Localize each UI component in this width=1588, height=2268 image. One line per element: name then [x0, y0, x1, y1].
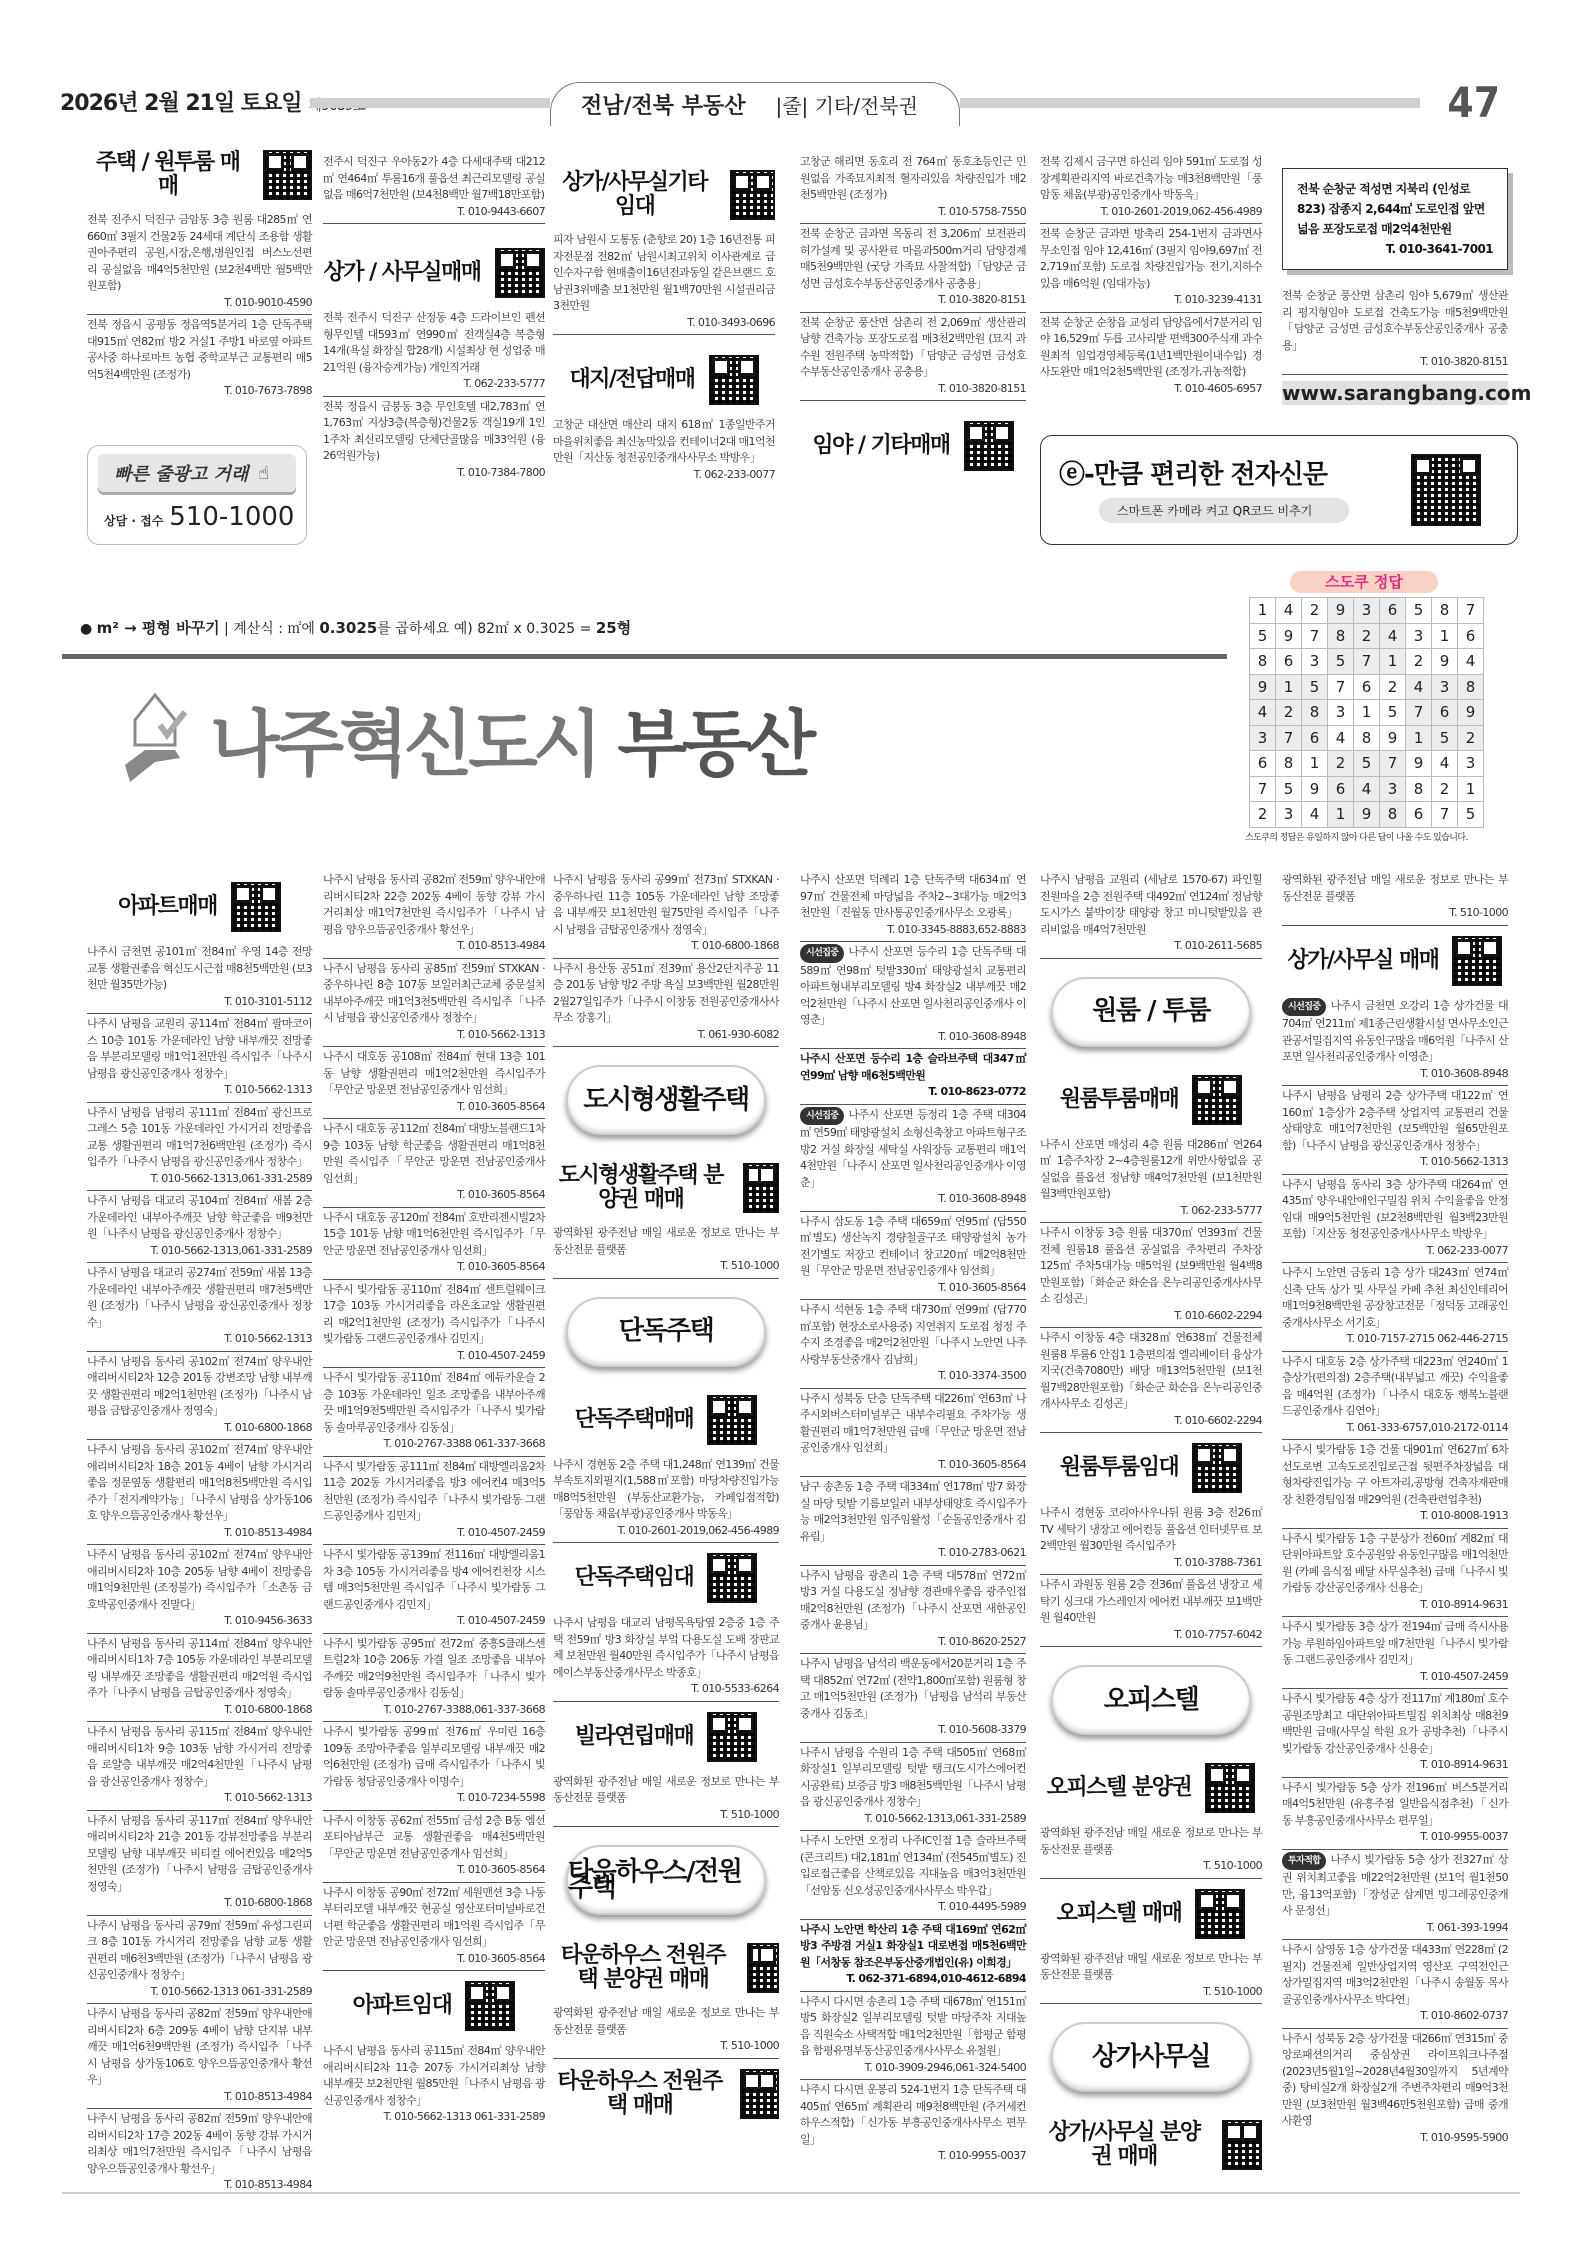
classified-ad: 나주시 남평읍 광촌리 1층 주택 대578㎡ 연72㎡ 방3 거실 다용도실 …: [800, 1566, 1026, 1655]
section-heading: 도시형생활주택 분양권 매매: [553, 1153, 779, 1223]
phone: T. 010-3101-5112: [87, 994, 312, 1011]
sudoku-cell: 2: [1302, 598, 1328, 624]
sudoku-cell: 7: [1458, 598, 1484, 624]
sudoku-cell: 1: [1354, 700, 1380, 726]
ad-text: 나주시 남평읍 광촌리 1층 주택 대578㎡ 연72㎡ 방3 거실 다용도실 …: [800, 1569, 1026, 1632]
ad-text: 나주시 대호동 공120㎡ 전84㎡ 호반리젠시빌2차 15층 101동 남향 …: [323, 1211, 545, 1257]
ad-text: 나주시 빛가람동 3층 상가 전194㎡ 급매 즉시사용가능 루원하임아파트앞 …: [1282, 1620, 1508, 1666]
ad-text: 나주시 산포면 덕례리 1층 단독주택 대634㎡ 연97㎡ 건물전체 마당넓음…: [800, 873, 1026, 919]
e-newspaper-banner[interactable]: ⓔ-만큼 편리한 전자신문 스마트폰 카메라 켜고 QR코드 비추기: [1040, 435, 1518, 545]
classified-ad: 나주시 남평읍 대교리 공274㎡ 전59㎡ 새봄 13층 가운데라인 내부아주…: [87, 1263, 312, 1352]
ad-text: 나주시 남평읍 동사리 공102㎡ 전74㎡ 양우내안애리버시티2차 10층 2…: [87, 1548, 312, 1611]
sudoku-cell: 8: [1406, 776, 1432, 802]
phone: T. 010-3605-8564: [323, 1951, 545, 1968]
section-heading-text: 상가/사무실 매매: [1288, 949, 1439, 973]
phone: T. 010-5608-3379: [800, 1722, 1026, 1739]
phone: T. 510-1000: [553, 2038, 779, 2055]
classified-ad: 나주시 성북동 2층 상가건물 대266㎡ 연315㎡ 중앙로패션의거리 중심상…: [1282, 2029, 1508, 2150]
classified-ad: 피자 남원시 도통동 (춘향로 20) 1층 16년전통 피자전문점 전82㎡ …: [553, 230, 775, 335]
section-heading-text: 타운하우스 전원주택 매매: [553, 2070, 726, 2118]
ad-text: 나주시 남평읍 동사리 공115㎡ 전84㎡ 양우내안애리버시티1차 9층 10…: [87, 1725, 312, 1788]
lower-column-2: 나주시 남평읍 동사리 공82㎡ 전59㎡ 양우내안애리버시티2차 22층 20…: [323, 870, 545, 2129]
top-column-6: 전북 순창군 적성면 지북리 (인성로 823) 잡종지 2,644㎡ 도로인접…: [1282, 168, 1508, 405]
sudoku-cell: 6: [1302, 725, 1328, 751]
phone: T. 010-8513-4984: [87, 2089, 312, 2106]
phone: T. 010-4507-2459: [323, 1348, 545, 1365]
sudoku-cell: 2: [1276, 700, 1302, 726]
classified-ad: 나주시 다시면 운봉리 524-1번지 1층 단독주택 대405㎡ 연65㎡ 계…: [800, 2080, 1026, 2168]
ad-text: 나주시 성북동 단층 단독주택 대226㎡ 연63㎡ 나주시외버스터미널부근 내…: [800, 1392, 1026, 1455]
classified-ad: 나주시 남평읍 남석리 백운동에서20분거리 1층 주택 대852㎡ 연72㎡ …: [800, 1654, 1026, 1743]
classified-ad: 시선집중나주시 산포면 등수리 1층 단독주택 대589㎡ 연98㎡ 텃밭330…: [800, 942, 1026, 1049]
ad-text: 나주시 용산동 공51㎡ 전39㎡ 용산2단지주공 11층 201동 남향 방2…: [553, 962, 779, 1025]
phone: T. 010-5662-1313: [1282, 1154, 1508, 1171]
qr-code-icon[interactable]: [964, 421, 1014, 471]
qr-code-icon[interactable]: [231, 882, 281, 932]
ad-text: 남구 송촌동 1층 주택 대334㎡ 연178㎡ 방7 화장실 마당 텃밭 기름…: [800, 1480, 1026, 1543]
qr-code-icon[interactable]: [730, 170, 775, 220]
ad-text: 나주시 이창동 공62㎡ 전55㎡ 금성 2층 B동 엠선포티아남부근 교통 생…: [323, 1814, 545, 1860]
ad-text: 나주시 빛가람동 4층 상가 전117㎡ 계180㎡ 호수공원조망최고 대단위아…: [1282, 1692, 1508, 1755]
ad-text: 나주시 삼영동 1층 상가건물 대433㎡ 연228㎡ (2필지) 건물전체 일…: [1282, 1943, 1508, 2006]
section-heading-text: 타운하우스 전원주택 분양권 매매: [553, 1944, 733, 1992]
area-conversion-note: ● m² → 평형 바꾸기 | 계산식 : ㎡에 0.3025를 곱하세요 예)…: [80, 617, 631, 638]
section-heading: 대지/전답매매: [553, 345, 775, 415]
qr-code-icon[interactable]: [709, 355, 759, 405]
sudoku-cell: 5: [1406, 598, 1432, 624]
phone: T. 010-2783-0621: [800, 1545, 1026, 1562]
qr-code-icon[interactable]: [1195, 1889, 1245, 1939]
sudoku-cell: 1: [1380, 649, 1406, 675]
ad-text: 나주시 이창동 공90㎡ 전72㎡ 세원맨션 3층 나동부터리모델 내부깨끗 현…: [323, 1886, 545, 1949]
qr-code-icon[interactable]: [707, 1553, 757, 1603]
sudoku-cell: 9: [1406, 751, 1432, 777]
phone: T. 010-7384-7800: [323, 465, 545, 482]
house-in-hand-icon: [125, 690, 195, 785]
phone: T. 010-4507-2459: [1282, 1669, 1508, 1686]
phone: T. 010-8620-2527: [800, 1634, 1026, 1651]
ad-text: 나주시 남평읍 대교리 공274㎡ 전59㎡ 새봄 13층 가운데라인 내부아주…: [87, 1266, 312, 1329]
sudoku-cell: 3: [1406, 623, 1432, 649]
lower-column-4: 나주시 산포면 덕례리 1층 단독주택 대634㎡ 연97㎡ 건물전체 마당넓음…: [800, 870, 1026, 2168]
section-heading: 상가/사무실기타임대: [553, 160, 775, 230]
sudoku-cell: 3: [1354, 598, 1380, 624]
qr-code-icon[interactable]: [263, 150, 313, 200]
classified-ad: 나주시 산포면 매성리 4층 원룸 대286㎡ 연264㎡ 1층주차장 2~4층…: [1040, 1135, 1262, 1224]
classified-ad: 고창군 해리면 동호리 전 764㎡ 동호초등인근 민원없음 가족묘지최적 혈자…: [800, 152, 1026, 224]
lower-column-6: 광역화된 광주전남 매일 새로운 정보로 만나는 부동산전문 플랫폼T. 510…: [1282, 870, 1508, 2149]
platform-promo: 광역화된 광주전남 매일 새로운 정보로 만나는 부동산전문 플랫폼T. 510…: [553, 2003, 779, 2059]
classified-ad: 시선집중나주시 금천면 오강리 1층 상가건물 대704㎡ 연211㎡ 제1종근…: [1282, 996, 1508, 1087]
classified-ad: 나주시 경현동 2층 주택 대1,248㎡ 연139㎡ 건물부속토지외필지(1,…: [553, 1455, 779, 1544]
phone: T. 062-233-5777: [323, 376, 545, 393]
ad-text: 나주시 남평읍 동사리 공82㎡ 전59㎡ 양우내안애리버시티2차 6층 209…: [87, 2007, 312, 2086]
classified-ad: 나주시 남평읍 남평리 2층 상가주택 대122㎡ 연160㎡ 1층상가 2층주…: [1282, 1086, 1508, 1175]
ad-text: 나주시 산포면 매성리 4층 원룸 대286㎡ 연264㎡ 1층주차장 2~4층…: [1040, 1138, 1262, 1201]
classified-ad: 나주시 이창동 공90㎡ 전72㎡ 세원맨션 3층 나동부터리모델 내부깨끗 현…: [323, 1883, 545, 1972]
classified-ad: 나주시 과원동 원룸 2층 전36㎡ 풀옵션 냉장고 세탁기 싱크대 가스레인지…: [1040, 1575, 1262, 1647]
section-heading: 아파트임대: [323, 1971, 545, 2041]
phone: T. 010-6602-2294: [1040, 1413, 1262, 1430]
ad-text: 나주시 남평읍 동사리 공82㎡ 전59㎡ 양우내안애리버시티2차 22층 20…: [323, 873, 545, 936]
sudoku-cell: 8: [1302, 700, 1328, 726]
category-pill[interactable]: 타운하우스/전원주택: [566, 1845, 766, 1915]
sudoku-cell: 6: [1458, 623, 1484, 649]
phone: T. 061-930-6082: [553, 1027, 779, 1044]
sudoku-cell: 4: [1432, 751, 1458, 777]
classified-ad: 나주시 빛가람동 4층 상가 전117㎡ 계180㎡ 호수공원조망최고 대단위아…: [1282, 1689, 1508, 1778]
section-heading-text: 단독주택임대: [575, 1566, 694, 1590]
qr-code-icon[interactable]: [1452, 936, 1502, 986]
section-title: 전남/전북 부동산: [581, 89, 745, 120]
sudoku-cell: 8: [1380, 802, 1406, 828]
phone: T. 010-5662-1313: [87, 1790, 312, 1807]
phone: T. 010-3605-8564: [323, 1259, 545, 1276]
phone: T. 010-3374-3500: [800, 1368, 1026, 1385]
phone: T. 010-7234-5598: [323, 1790, 545, 1807]
sudoku-cell: 1: [1276, 674, 1302, 700]
category-pill[interactable]: 도시형생활주택: [566, 1065, 766, 1135]
phone: T. 010-3239-4131: [1040, 292, 1262, 309]
sudoku-cell: 5: [1276, 776, 1302, 802]
section-heading-text: 오피스텔 분양권: [1047, 1776, 1191, 1800]
ad-text: 나주시 남평읍 동사리 공102㎡ 전74㎡ 양우내안애리버시티2차 18층 2…: [87, 1443, 312, 1522]
sudoku-cell: 9: [1328, 598, 1354, 624]
sudoku-cell: 6: [1276, 649, 1302, 675]
pointer-hand-icon: ☝: [258, 463, 269, 484]
classified-ad: 나주시 산포면 덕례리 1층 단독주택 대634㎡ 연97㎡ 건물전체 마당넓음…: [800, 870, 1026, 942]
ad-text: 나주시 대호동 공108㎡ 전84㎡ 현대 13층 101동 남향 생활권편리 …: [323, 1050, 545, 1096]
ad-text: 나주시 남평읍 교원리 공114㎡ 전84㎡ 팔마코이스 10층 101동 가운…: [87, 1017, 312, 1080]
phone: T. 010-9595-5900: [1282, 2130, 1508, 2147]
sudoku-cell: 7: [1328, 674, 1354, 700]
platform-promo: 광역화된 광주전남 매일 새로운 정보로 만나는 부동산전문 플랫폼T. 510…: [553, 1223, 779, 1279]
classified-ad: 나주시 남평읍 대교리 공104㎡ 전84㎡ 새봄 2층 가운데라인 내부아주깨…: [87, 1191, 312, 1263]
sudoku-cell: 3: [1380, 776, 1406, 802]
phone: T. 010-8513-4984: [87, 1525, 312, 1542]
phone: T. 010-2601-2019,062-456-4989: [1040, 204, 1262, 221]
attention-badge: 시선집중: [800, 944, 844, 963]
ad-text: 나주시 노안면 금동리 1층 상가 대243㎡ 연74㎡ 신축 단독 상가 및 …: [1282, 1266, 1508, 1329]
qr-code-icon[interactable]: [743, 1163, 779, 1213]
sudoku-cell: 1: [1302, 751, 1328, 777]
sudoku-cell: 9: [1380, 725, 1406, 751]
sudoku-grid: 1429365875978243168635712949157624384283…: [1249, 597, 1484, 828]
lower-column-1: 아파트매매나주시 금천면 공101㎡ 전84㎡ 우영 14층 전망 교통 생활권…: [87, 872, 312, 2197]
section-heading: 상가/사무실 매매: [1282, 926, 1508, 996]
ad-text: 나주시 남평읍 동사리 공85㎡ 전59㎡ STXKAN · 중우하나린 8층 …: [323, 962, 545, 1025]
phone: T. 010-5662-1313: [87, 1082, 312, 1099]
sudoku-cell: 2: [1250, 802, 1276, 828]
ad-text: 나주시 빛가람동 1층 건물 대901㎡ 연627㎡ 6차선도로변 고속도로진입…: [1282, 1443, 1508, 1506]
ad-text: 나주시 석현동 1층 주택 대730㎡ 연99㎡ (답770㎡포함) 현장소로사…: [800, 1303, 1026, 1366]
phone: T. 010-3820-8151: [800, 292, 1026, 309]
ad-text: 나주시 이창동 4층 대328㎡ 연638㎡ 건물전체 원룸8 투룸6 안집1 …: [1040, 1331, 1262, 1410]
phone: T. 010-8602-0737: [1282, 2008, 1508, 2025]
section-heading-text: 아파트임대: [353, 1994, 452, 2018]
section-heading-text: 오피스텔 매매: [1057, 1902, 1182, 1926]
classified-ad: 남구 송촌동 1층 주택 대334㎡ 연178㎡ 방7 화장실 마당 텃밭 기름…: [800, 1477, 1026, 1566]
sudoku-cell: 7: [1250, 776, 1276, 802]
sudoku-cell: 8: [1354, 725, 1380, 751]
phone: T. 010-9010-4590: [87, 295, 312, 312]
ad-text: 나주시 금천면 공101㎡ 전84㎡ 우영 14층 전망 교통 생활권좋음 혁신…: [87, 945, 312, 991]
sudoku-cell: 4: [1250, 700, 1276, 726]
ad-text: 나주시 노안면 학산리 1층 주택 대169㎡ 연62㎡ 방3 주방겸 거실1 …: [800, 1923, 1026, 1969]
qr-code-icon[interactable]: [1222, 2120, 1262, 2170]
ad-text: 나주시 경현동 코리아사우나뒤 원룸 3층 전26㎡ TV 세탁기 냉장고 에어…: [1040, 1506, 1262, 1552]
sudoku-cell: 4: [1276, 598, 1302, 624]
phone: T. 010-4507-2459: [323, 1525, 545, 1542]
qr-code-icon[interactable]: [1411, 454, 1481, 526]
qr-code-icon[interactable]: [747, 1943, 779, 1993]
phone: T. 010-3820-8151: [1282, 354, 1508, 371]
quick-ad-box[interactable]: 빠른 줄광고 거래☝ 상담 · 접수510-1000: [87, 445, 307, 545]
classified-ad: 전북 순창군 풍산면 삼촌리 전 2,069㎡ 생산관리 남향 건축가능 포장도…: [800, 313, 1026, 402]
ad-text: 나주시 남평읍 교원리 (세남로 1570-67) 파인힐 전원마을 2층 전원…: [1040, 873, 1262, 936]
classified-ad: 전북 순창군 순창읍 교성리 담양읍에서7분거리 임야 16,529㎡ 두릅 고…: [1040, 313, 1262, 401]
classified-ad: 나주시 남평읍 동사리 공114㎡ 전84㎡ 양우내안애리버시티1차 7층 10…: [87, 1634, 312, 1723]
sudoku-cell: 2: [1354, 623, 1380, 649]
featured-ad-box: 전북 순창군 적성면 지북리 (인성로 823) 잡종지 2,644㎡ 도로인접…: [1282, 168, 1508, 270]
section-heading: 임야 / 기타매매: [800, 411, 1026, 481]
sudoku-cell: 4: [1458, 649, 1484, 675]
classified-ad: 고창군 대산면 매산리 대지 618㎡ 1종일반주거 마을위치좋음 최신농막있음…: [553, 415, 775, 486]
phone: T. 010-3788-7361: [1040, 1555, 1262, 1572]
section-heading: 아파트매매: [87, 872, 312, 942]
quick-ad-button[interactable]: 빠른 줄광고 거래☝: [98, 454, 296, 492]
ad-text: 나주시 빛가람동 공110㎡ 전84㎡ 에듀카운슬 2층 103동 가운데라인 …: [323, 1371, 545, 1434]
classified-ad: 나주시 남평읍 동사리 공115㎡ 전84㎡ 양우내안애리버시티1차 9층 10…: [87, 1722, 312, 1811]
e-newspaper-subtitle: 스마트폰 카메라 켜고 QR코드 비추기: [1099, 498, 1349, 523]
ad-text: 나주시 빛가람동 공139㎡ 전116㎡ 대방엘리움1차 3층 105동 가시거…: [323, 1548, 545, 1611]
phone: T. 010-3493-0696: [553, 315, 775, 332]
phone: T. 010-4507-2459: [323, 1613, 545, 1630]
qr-code-icon[interactable]: [707, 1712, 757, 1762]
section-tab: 전남/전북 부동산|줄| 기타/전북권: [550, 82, 960, 126]
sudoku-cell: 1: [1458, 776, 1484, 802]
classified-ad: 나주시 빛가람동 공95㎡ 전72㎡ 중흥S클래스센트럴2차 10층 206동 …: [323, 1634, 545, 1723]
sudoku-cell: 6: [1328, 776, 1354, 802]
ad-text: 나주시 삼도동 1층 주택 대659㎡ 연95㎡ (답550㎡별도) 생산녹지 …: [800, 1215, 1026, 1278]
category-pill[interactable]: 상가사무실: [1051, 2022, 1251, 2092]
classified-ad: 나주시 남평읍 동사리 공82㎡ 전59㎡ 양우내안애리버시티2차 17층 20…: [87, 2109, 312, 2197]
sudoku-cell: 9: [1354, 802, 1380, 828]
qr-code-icon[interactable]: [1192, 1443, 1242, 1493]
website-link[interactable]: www.sarangbang.com: [1282, 381, 1508, 406]
ad-text: 나주시 성북동 2층 상가건물 대266㎡ 연315㎡ 중앙로패션의거리 중심상…: [1282, 2032, 1508, 2128]
qr-code-icon[interactable]: [1205, 1763, 1255, 1813]
sudoku-cell: 4: [1380, 623, 1406, 649]
section-heading: 오피스텔 분양권: [1040, 1753, 1262, 1823]
phone: T. 010-5662-1313 061-331-2589: [323, 2109, 545, 2126]
phone: T. 010-2767-3388,061-337-3668: [323, 1702, 545, 1719]
ad-text: 나주시 산포면 등수리 1층 슬라브주택 대347㎡ 연99㎡ 남향 매6천5백…: [800, 1052, 1026, 1082]
qr-code-icon[interactable]: [740, 2069, 779, 2119]
classified-ad: 나주시 노안면 학산리 1층 주택 대169㎡ 연62㎡ 방3 주방겸 거실1 …: [800, 1920, 1026, 1992]
classified-ad: 나주시 성북동 단층 단독주택 대226㎡ 연63㎡ 나주시외버스터미널부근 내…: [800, 1389, 1026, 1478]
phone: T. 010-8513-4984: [323, 938, 545, 955]
e-newspaper-title: ⓔ-만큼 편리한 전자신문: [1059, 454, 1327, 491]
phone: T. 061-333-6757,010-2172-0114: [1282, 1420, 1508, 1437]
lower-column-5: 나주시 남평읍 교원리 (세남로 1570-67) 파인힐 전원마을 2층 전원…: [1040, 870, 1262, 2180]
classified-ad: 나주시 남평읍 수원리 1층 주택 대505㎡ 연68㎡ 화장실1 일부리모델링…: [800, 1743, 1026, 1832]
classified-ad: 나주시 남평읍 동사리 공99㎡ 전73㎡ STXKAN · 중우하나린 11층…: [553, 870, 779, 959]
phone: T. 062-233-0077: [1282, 1243, 1508, 1260]
classified-ad: 나주시 경현동 코리아사우나뒤 원룸 3층 전26㎡ TV 세탁기 냉장고 에어…: [1040, 1503, 1262, 1575]
classified-ad: 나주시 이창동 공62㎡ 전55㎡ 금성 2층 B동 엠선포티아남부근 교통 생…: [323, 1811, 545, 1883]
classified-ad: 전북 정읍시 금붕동 3층 무인호텔 대2,783㎡ 연1,763㎡ 지상3층(…: [323, 397, 545, 485]
sudoku-cell: 6: [1354, 674, 1380, 700]
platform-promo: 광역화된 광주전남 매일 새로운 정보로 만나는 부동산전문 플랫폼T. 510…: [1040, 1823, 1262, 1879]
section-heading: 단독주택매매: [553, 1385, 779, 1455]
sudoku-cell: 5: [1250, 623, 1276, 649]
category-pill[interactable]: 오피스텔: [1051, 1665, 1251, 1735]
phone: T. 010-6602-2294: [1040, 1308, 1262, 1325]
classified-ad: 나주시 대호동 2층 상가주택 대223㎡ 연240㎡ 1층상가(편의점) 2층…: [1282, 1352, 1508, 1441]
section-heading: 단독주택임대: [553, 1543, 779, 1613]
classified-ad: 나주시 이창동 3층 원룸 대370㎡ 연393㎡ 건물전체 원룸18 풀옵션 …: [1040, 1223, 1262, 1328]
classified-ad: 나주시 대호동 공120㎡ 전84㎡ 호반리젠시빌2차 15층 101동 남향 …: [323, 1208, 545, 1280]
classified-ad: 나주시 금천면 공101㎡ 전84㎡ 우영 14층 전망 교통 생활권좋음 혁신…: [87, 942, 312, 1014]
phone: T. 010-3605-8564: [323, 1187, 545, 1204]
sudoku-cell: 6: [1432, 700, 1458, 726]
sudoku-cell: 1: [1432, 623, 1458, 649]
ad-text: 나주시 남평읍 대교리 공104㎡ 전84㎡ 새봄 2층 가운데라인 내부아주깨…: [87, 1194, 312, 1240]
classified-ad: 나주시 남평읍 동사리 공85㎡ 전59㎡ STXKAN · 중우하나린 8층 …: [323, 959, 545, 1048]
phone: T. 010-3608-8948: [800, 1029, 1026, 1046]
sudoku-cell: 4: [1328, 725, 1354, 751]
sudoku-cell: 2: [1458, 725, 1484, 751]
platform-promo: 광역화된 광주전남 매일 새로운 정보로 만나는 부동산전문 플랫폼T. 510…: [1040, 1949, 1262, 2005]
phone: T. 010-3605-8564: [323, 1862, 545, 1879]
ad-text: 나주시 남평읍 남평리 2층 상가주택 대122㎡ 연160㎡ 1층상가 2층주…: [1282, 1089, 1508, 1152]
classified-ad: 전주시 덕진구 우아동2가 4층 다세대주택 대212㎡ 연464㎡ 투룸16개…: [323, 152, 545, 224]
phone: T. 010-7673-7898: [87, 383, 312, 400]
phone: T. 010-5662-1313,061-331-2589: [87, 1171, 312, 1188]
sudoku-cell: 1: [1328, 802, 1354, 828]
phone: T. 010-9456-3633: [87, 1613, 312, 1630]
phone: T. 010-8623-0772: [800, 1084, 1026, 1101]
category-pill[interactable]: 단독주택: [566, 1297, 766, 1367]
sudoku-cell: 9: [1302, 776, 1328, 802]
phone: T. 010-5662-1313,061-331-2589: [87, 1243, 312, 1260]
section-heading-text: 빌라연립매매: [575, 1725, 694, 1749]
phone: T. 062-233-0077: [553, 467, 775, 484]
classified-ad: 전북 정읍시 공평동 정읍역5분거리 1층 단독주택 대915㎡ 연82㎡ 방2…: [87, 315, 312, 403]
classified-ad: 나주시 남평읍 동사리 공102㎡ 전74㎡ 양우내안애리버시티2차 10층 2…: [87, 1545, 312, 1634]
sudoku-cell: 5: [1354, 751, 1380, 777]
qr-code-icon[interactable]: [1192, 1075, 1242, 1125]
classified-ad: 나주시 남평읍 교원리 공114㎡ 전84㎡ 팔마코이스 10층 101동 가운…: [87, 1014, 312, 1103]
qr-code-icon[interactable]: [495, 248, 545, 298]
sudoku-cell: 9: [1458, 700, 1484, 726]
section-heading-text: 원룸투룸매매: [1060, 1088, 1179, 1112]
ad-text: 나주시 다시면 운봉리 524-1번지 1층 단독주택 대405㎡ 연65㎡ 계…: [800, 2083, 1026, 2146]
sudoku-cell: 1: [1250, 598, 1276, 624]
ad-text: 나주시 남평읍 남평리 공111㎡ 전84㎡ 광신프로그레스 5층 101동 가…: [87, 1106, 312, 1169]
phone: T. 010-5533-6264: [553, 1681, 779, 1698]
ad-text: 나주시 대호동 2층 상가주택 대223㎡ 연240㎡ 1층상가(편의점) 2층…: [1282, 1355, 1508, 1418]
phone: T. 010-4495-5989: [800, 1899, 1026, 1916]
phone: T. 010-7157-2715 062-446-2715: [1282, 1331, 1508, 1348]
phone: T. 010-6800-1868: [87, 1895, 312, 1912]
phone: T. 010-3605-8564: [323, 1099, 545, 1116]
phone: T. 010-9955-0037: [1282, 1829, 1508, 1846]
classified-ad: 나주시 남평읍 남평리 공111㎡ 전84㎡ 광신프로그레스 5층 101동 가…: [87, 1103, 312, 1192]
phone: T. 510-1000: [1040, 1984, 1262, 2001]
phone: T. 010-9955-0037: [800, 2148, 1026, 2165]
phone: T. 010-5662-1313 061-331-2589: [87, 1984, 312, 2001]
classified-ad: 나주시 용산동 공51㎡ 전39㎡ 용산2단지주공 11층 201동 남향 방2…: [553, 959, 779, 1048]
phone: T. 010-2767-3388 061-337-3668: [323, 1436, 545, 1453]
lower-column-3: 나주시 남평읍 동사리 공99㎡ 전73㎡ STXKAN · 중우하나린 11층…: [553, 870, 779, 2129]
classified-ad: 나주시 빛가람동 공111㎡ 전84㎡ 대방엘리움2차 11층 202동 가시거…: [323, 1457, 545, 1546]
sudoku-cell: 4: [1354, 776, 1380, 802]
phone: T. 010-3641-7001: [1297, 239, 1493, 259]
classified-ad: 나주시 남평읍 동사리 공117㎡ 전84㎡ 양우내안애리버시티2차 21층 2…: [87, 1811, 312, 1916]
ad-text: 나주시 빛가람동 공95㎡ 전72㎡ 중흥S클래스센트럴2차 10층 206동 …: [323, 1637, 545, 1700]
section-heading: 주택 / 원투룸 매매: [87, 140, 312, 210]
section-heading: 오피스텔 매매: [1040, 1879, 1262, 1949]
ad-text: 나주시 남평읍 남석리 백운동에서20분거리 1층 주택 대852㎡ 연72㎡ …: [800, 1657, 1026, 1720]
ad-text: 나주시 남평읍 동사리 3층 상가주택 대264㎡ 연435㎡ 양우내안애인구밀…: [1282, 1178, 1508, 1241]
top-column-2: 전주시 덕진구 우아동2가 4층 다세대주택 대212㎡ 연464㎡ 투룸16개…: [323, 152, 545, 484]
ad-text: 나주시 다시면 송촌리 1층 주택 대678㎡ 연151㎡ 방5 화장실2 일부…: [800, 1995, 1026, 2058]
section-heading: 원룸투룸매매: [1040, 1065, 1262, 1135]
ad-text: 나주시 남평읍 수원리 1층 주택 대505㎡ 연68㎡ 화장실1 일부리모델링…: [800, 1746, 1026, 1809]
ad-text: 나주시 남평읍 동사리 공115㎡ 전84㎡ 양우내안애리버시티2차 11층 2…: [323, 2044, 545, 2107]
platform-promo: 광역화된 광주전남 매일 새로운 정보로 만나는 부동산전문 플랫폼T. 510…: [1282, 870, 1508, 926]
platform-promo: 광역화된 광주전남 매일 새로운 정보로 만나는 부동산전문 플랫폼T. 510…: [553, 1772, 779, 1828]
qr-code-icon[interactable]: [465, 1981, 515, 2031]
phone: T. 010-4605-6957: [1040, 381, 1262, 398]
header-rule: [310, 98, 550, 108]
top-column-5: 전북 김제시 금구면 하신리 임야 591㎡ 도로접 성장계획관리지역 바로건축…: [1040, 152, 1262, 400]
sudoku-cell: 5: [1458, 802, 1484, 828]
phone: T. 510-1000: [553, 1258, 779, 1275]
sudoku-cell: 3: [1328, 700, 1354, 726]
section-heading-text: 상가/사무실 분양권 매매: [1040, 2121, 1208, 2169]
sudoku-cell: 8: [1328, 623, 1354, 649]
section-heading: 원룸투룸임대: [1040, 1433, 1262, 1503]
phone: T. 010-5662-1313: [87, 1331, 312, 1348]
section-heading-text: 원룸투룸임대: [1060, 1456, 1179, 1480]
phone: T. 010-3820-8151: [800, 381, 1026, 398]
qr-code-icon[interactable]: [707, 1395, 757, 1445]
section-heading: 빌라연립매매: [553, 1702, 779, 1772]
phone: T. 510-1000: [1282, 905, 1508, 922]
attention-badge: 시선집중: [800, 1107, 844, 1126]
sudoku-cell: 8: [1432, 598, 1458, 624]
sudoku-cell: 9: [1432, 649, 1458, 675]
phone: T. 510-1000: [1040, 1858, 1262, 1875]
ad-text: 나주시 남평읍 동사리 공117㎡ 전84㎡ 양우내안애리버시티2차 21층 2…: [87, 1814, 312, 1893]
sudoku-cell: 4: [1406, 674, 1432, 700]
classified-ad: 나주시 대호동 공112㎡ 전84㎡ 대방노블랜드1차 9층 103동 남향 학…: [323, 1119, 545, 1208]
classified-ad: 나주시 대호동 공108㎡ 전84㎡ 현대 13층 101동 남향 생활권편리 …: [323, 1047, 545, 1119]
sudoku-cell: 7: [1432, 802, 1458, 828]
phone: T. 010-8914-9631: [1282, 1757, 1508, 1774]
top-column-3: 상가/사무실기타임대 피자 남원시 도통동 (춘향로 20) 1층 16년전통 …: [553, 160, 775, 486]
sudoku-cell: 5: [1302, 674, 1328, 700]
phone: T. 010-9443-6607: [323, 204, 545, 221]
section-heading-text: 도시형생활주택 분양권 매매: [553, 1164, 729, 1212]
attention-badge: 투자적합: [1282, 1852, 1326, 1871]
category-pill[interactable]: 원룸 / 투룸: [1051, 977, 1251, 1047]
classified-ad: 나주시 빛가람동 공110㎡ 전84㎡ 에듀카운슬 2층 103동 가운데라인 …: [323, 1368, 545, 1457]
ad-text: 나주시 남평읍 동사리 공99㎡ 전73㎡ STXKAN · 중우하나린 11층…: [553, 873, 779, 936]
